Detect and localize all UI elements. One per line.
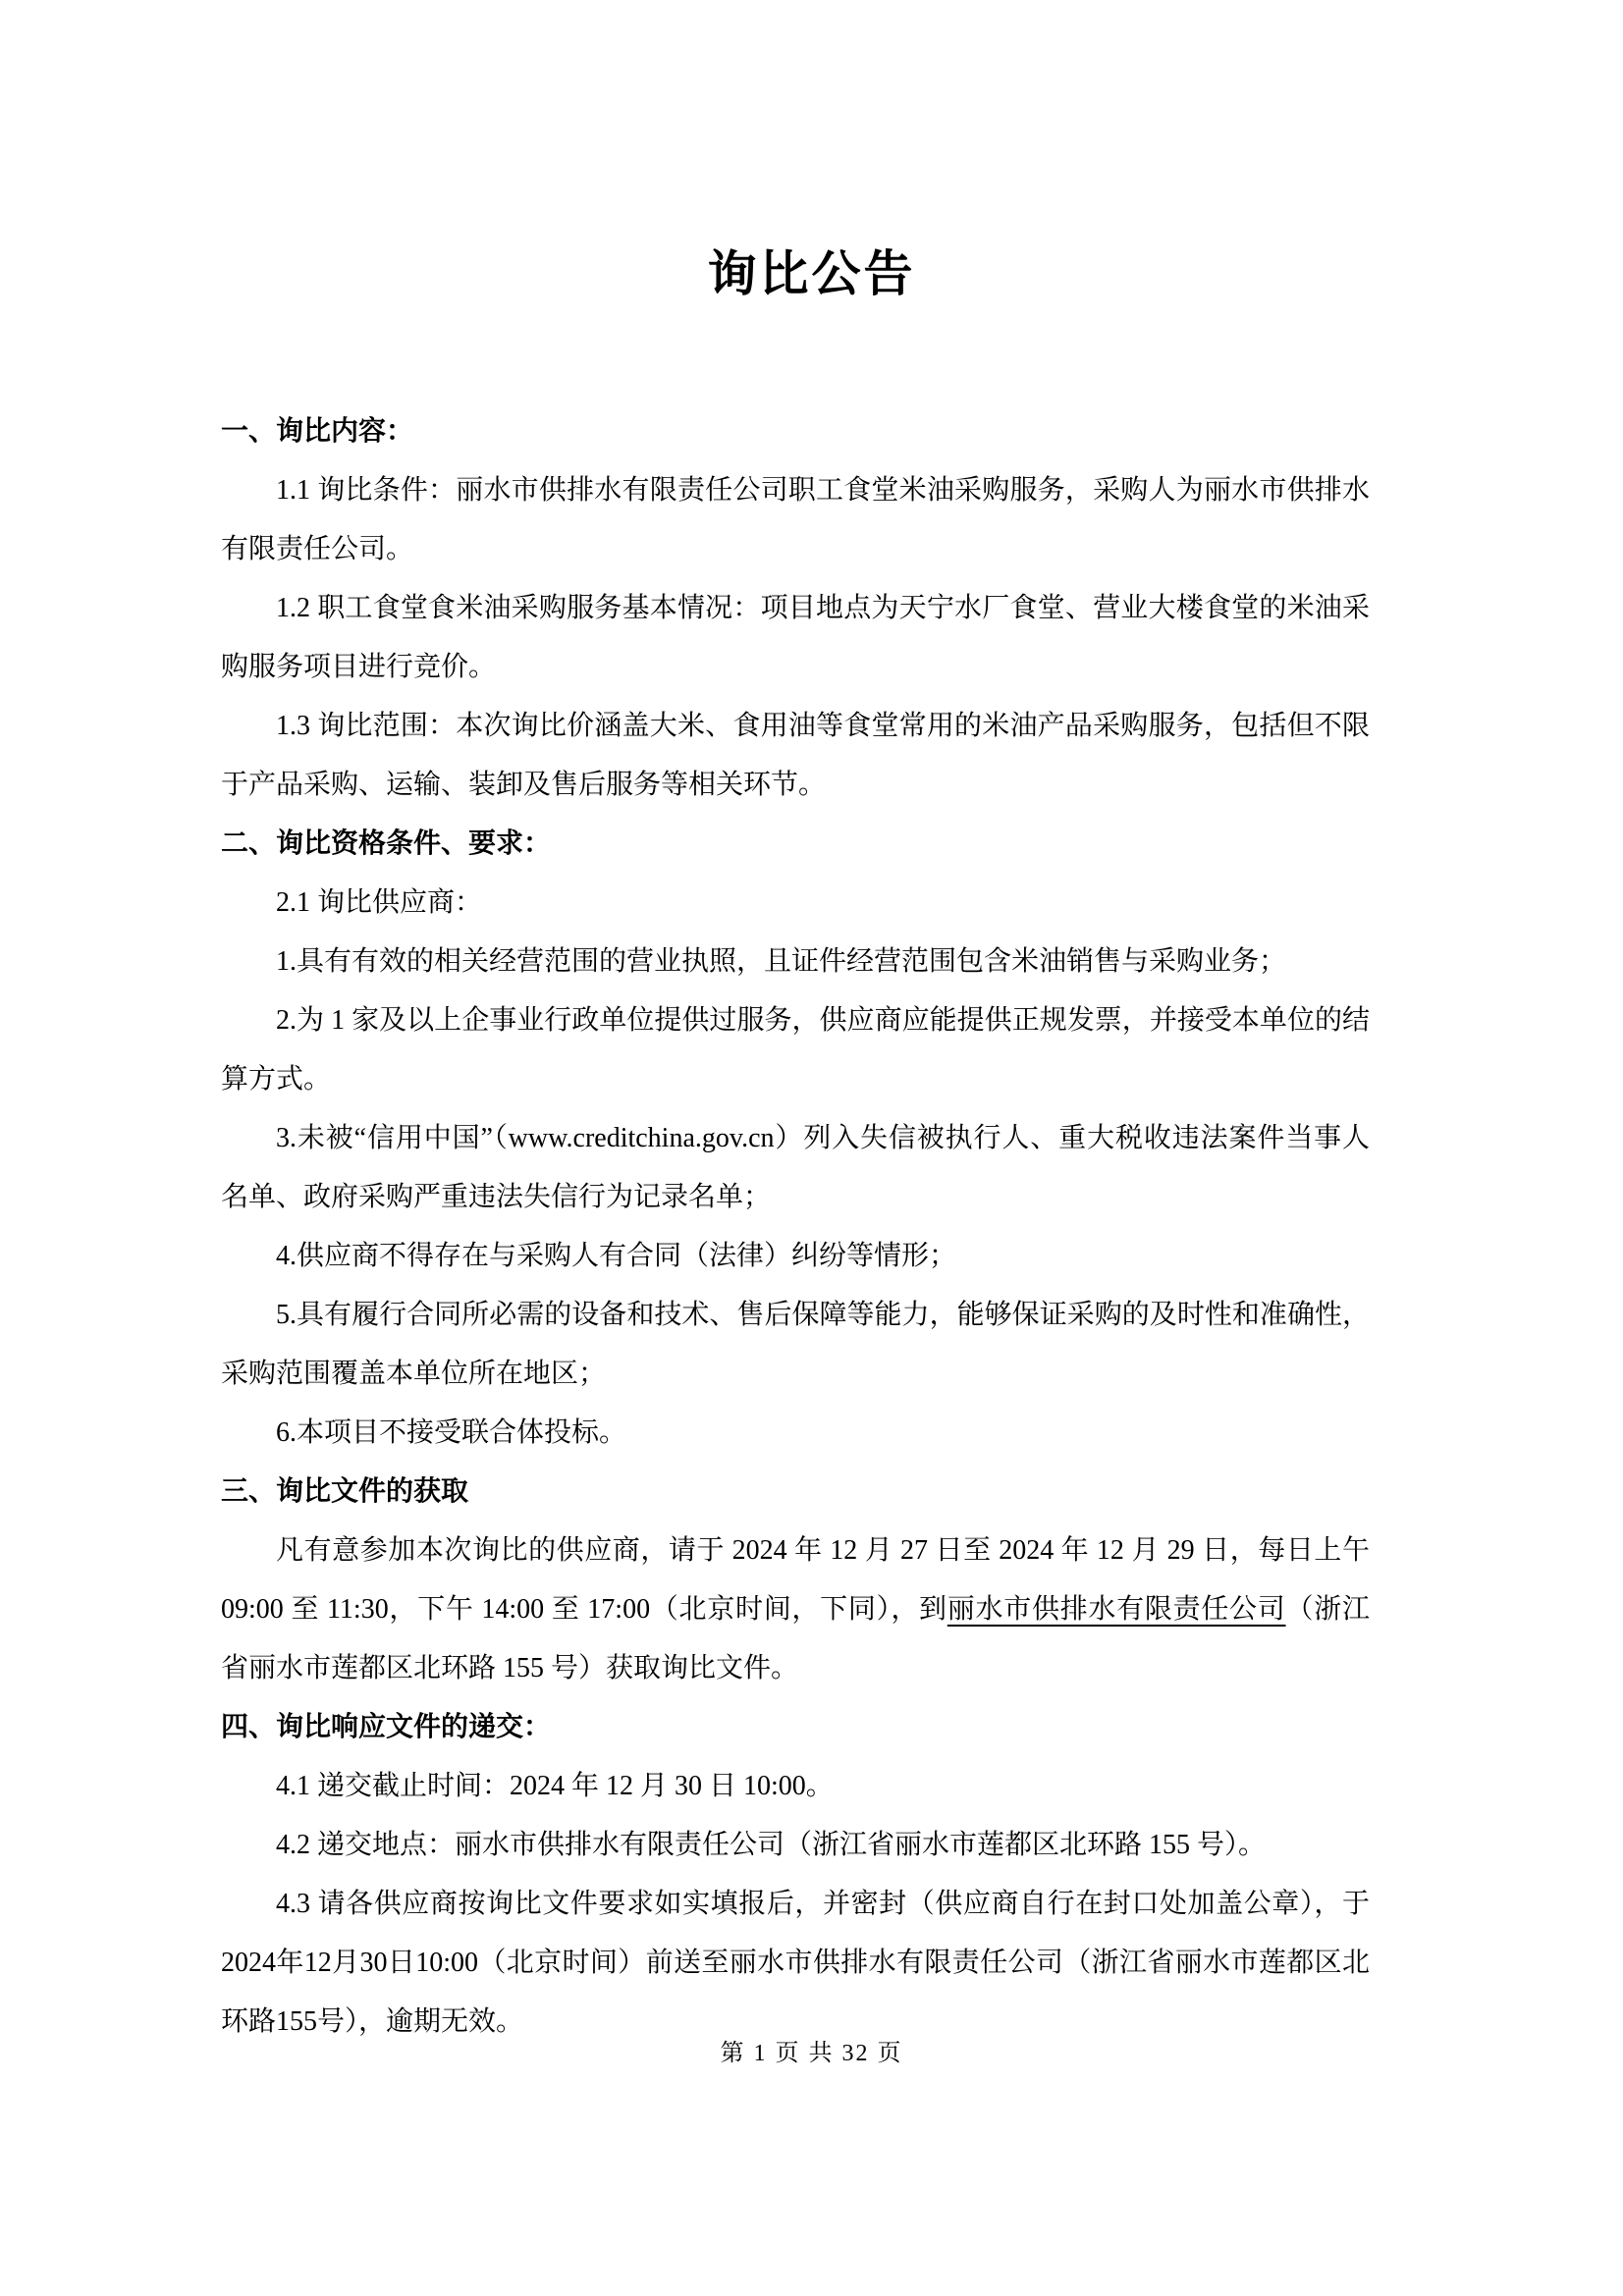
- section-heading-4: 四、询比响应文件的递交：: [221, 1698, 1370, 1757]
- requirement-item-5: 5.具有履行合同所必需的设备和技术、售后保障等能力，能够保证采购的及时性和准确性…: [221, 1286, 1370, 1404]
- paragraph-3-1: 凡有意参加本次询比的供应商，请于 2024 年 12 月 27 日至 2024 …: [221, 1522, 1370, 1698]
- paragraph-4-1: 4.1 递交截止时间：2024 年 12 月 30 日 10:00。: [221, 1757, 1370, 1816]
- requirement-item-3: 3.未被“信用中国”（www.creditchina.gov.cn）列入失信被执…: [221, 1109, 1370, 1227]
- document-body: 一、询比内容： 1.1 询比条件：丽水市供排水有限责任公司职工食堂米油采购服务，…: [221, 402, 1370, 2052]
- requirement-item-2: 2.为 1 家及以上企事业行政单位提供过服务，供应商应能提供正规发票，并接受本单…: [221, 991, 1370, 1109]
- paragraph-2-1: 2.1 询比供应商：: [221, 874, 1370, 933]
- paragraph-4-3: 4.3 请各供应商按询比文件要求如实填报后，并密封（供应商自行在封口处加盖公章）…: [221, 1875, 1370, 2052]
- paragraph-4-2: 4.2 递交地点：丽水市供排水有限责任公司（浙江省丽水市莲都区北环路 155 号…: [221, 1816, 1370, 1875]
- section-heading-2: 二、询比资格条件、要求：: [221, 815, 1370, 874]
- requirement-item-4: 4.供应商不得存在与采购人有合同（法律）纠纷等情形；: [221, 1227, 1370, 1286]
- paragraph-1-1: 1.1 询比条件：丽水市供排水有限责任公司职工食堂米油采购服务，采购人为丽水市供…: [221, 461, 1370, 579]
- paragraph-1-3: 1.3 询比范围：本次询比价涵盖大米、食用油等食堂常用的米油产品采购服务，包括但…: [221, 697, 1370, 815]
- document-page: 询比公告 一、询比内容： 1.1 询比条件：丽水市供排水有限责任公司职工食堂米油…: [0, 0, 1623, 2296]
- section-heading-3: 三、询比文件的获取: [221, 1463, 1370, 1522]
- requirement-item-6: 6.本项目不接受联合体投标。: [221, 1404, 1370, 1463]
- section-heading-1: 一、询比内容：: [221, 402, 1370, 461]
- requirement-item-1: 1.具有有效的相关经营范围的营业执照，且证件经营范围包含米油销售与采购业务；: [221, 933, 1370, 991]
- paragraph-1-2: 1.2 职工食堂食米油采购服务基本情况：项目地点为天宁水厂食堂、营业大楼食堂的米…: [221, 579, 1370, 697]
- footer-page-number: 第 1 页 共 32 页: [0, 2034, 1623, 2073]
- document-title: 询比公告: [0, 243, 1623, 304]
- company-name-underlined: 丽水市供排水有限责任公司: [947, 1594, 1286, 1625]
